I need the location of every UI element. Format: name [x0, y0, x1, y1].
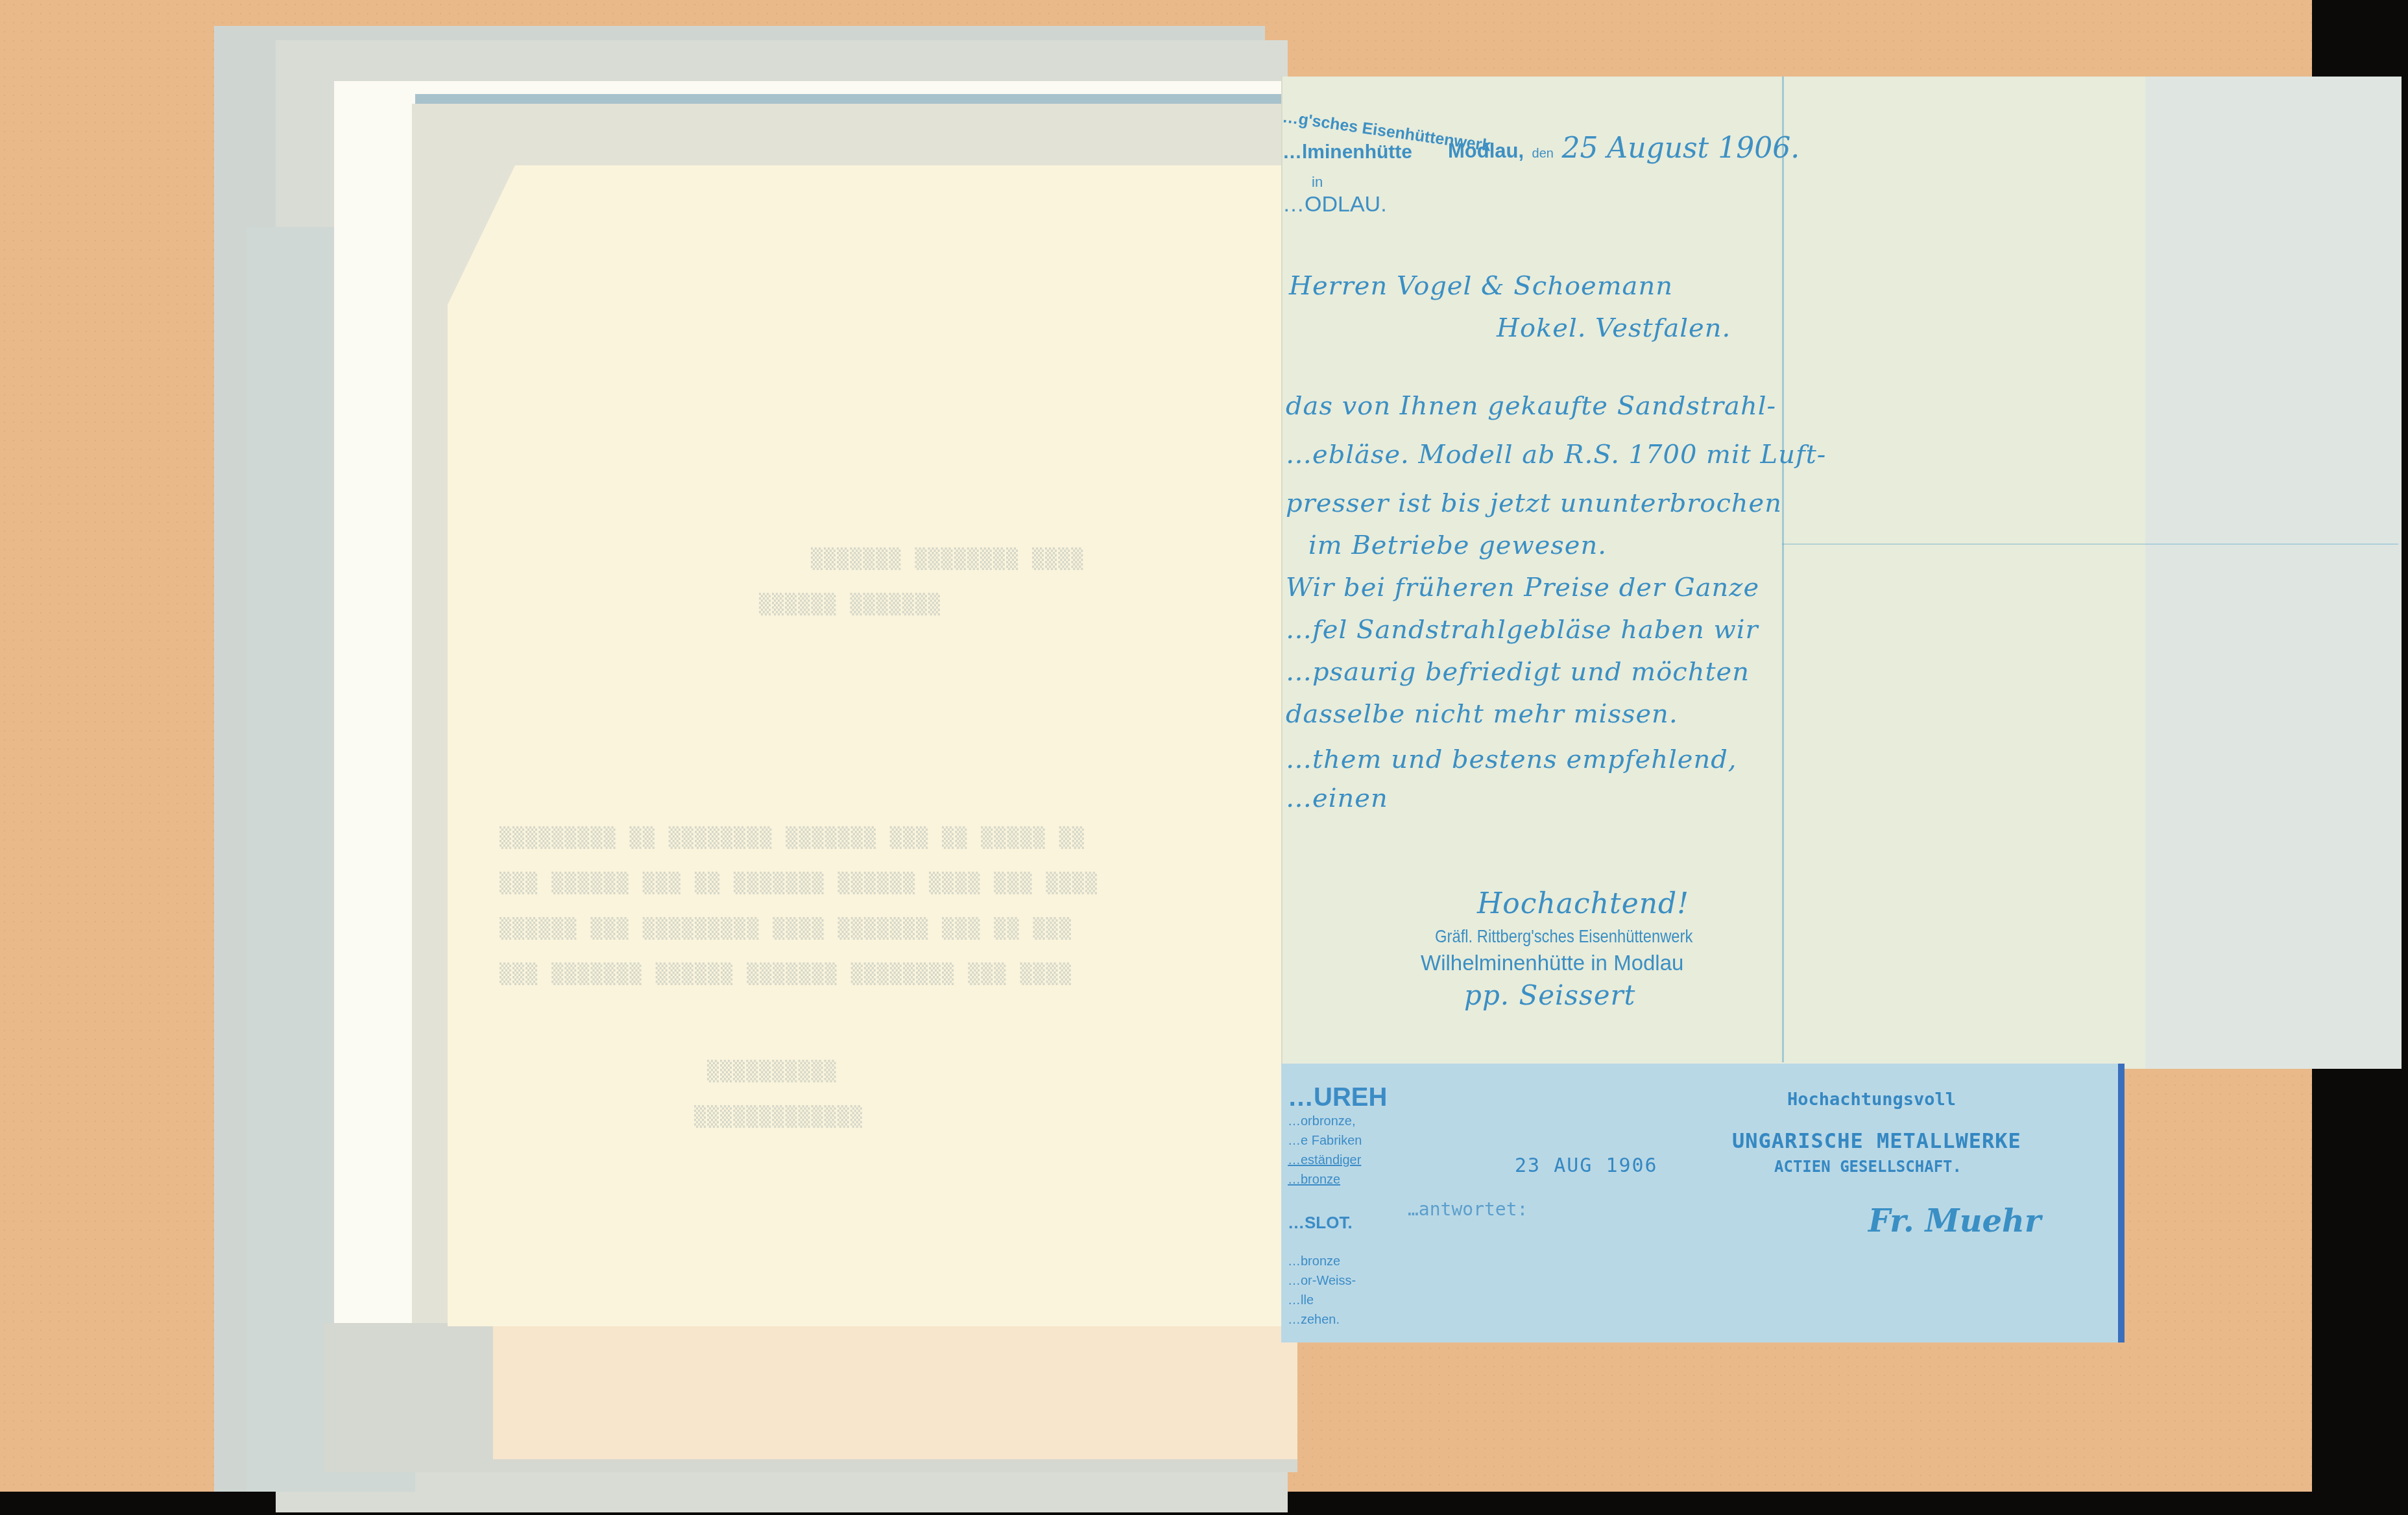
company-stamp-line1: Gräfl. Rittberg'sches Eisenhüttenwerk	[1435, 926, 1692, 947]
closing-greeting: Hochachtend!	[1477, 887, 1689, 920]
fold-line-horizontal	[1782, 543, 2398, 545]
letterhead-fragment: …e Fabriken	[1288, 1131, 1387, 1151]
date-place: Modlau,	[1448, 139, 1524, 162]
company-stamp-line2: Wilhelminenhütte in Modlau	[1421, 951, 1683, 975]
letterhead-fragment: …SLOT.	[1288, 1213, 1387, 1232]
letterhead-fragment: …UREH	[1288, 1083, 1387, 1112]
bleed-through-text: ▒▒▒▒▒▒ ▒▒▒▒▒▒▒	[759, 593, 941, 616]
closing-salutation: Hochachtungsvoll	[1787, 1090, 1956, 1110]
body-line: Wir bei früheren Preise der Ganze	[1286, 573, 1759, 602]
body-line: …einen	[1286, 783, 1388, 813]
letterhead-fragment: …or-Weiss-	[1288, 1271, 1387, 1291]
handwritten-date: 25 August 1906.	[1561, 132, 1800, 165]
body-line: im Betriebe gewesen.	[1308, 531, 1607, 560]
paper-sheet-peach	[493, 1310, 1297, 1459]
addressee-line: Herren Vogel & Schoemann	[1289, 271, 1673, 301]
letter-ungarische-metallwerke-carbon: …UREH …orbronze, …e Fabriken …eständiger…	[1281, 1064, 2125, 1342]
answered-label: …antwortet:	[1408, 1199, 1528, 1220]
letterhead-fragment: …lle	[1288, 1291, 1387, 1310]
bleed-through-text: ▒▒▒▒▒▒▒▒▒▒	[707, 1060, 837, 1083]
bleed-through-text: ▒▒▒ ▒▒▒▒▒▒ ▒▒▒ ▒▒ ▒▒▒▒▒▒▒ ▒▒▒▒▒▒ ▒▒▒▒ ▒▒…	[500, 872, 1098, 895]
body-line: das von Ihnen gekaufte Sandstrahl-	[1286, 391, 1776, 421]
letterhead-fragment: …orbronze,	[1288, 1112, 1387, 1131]
received-date-stamp: 23 AUG 1906	[1515, 1154, 1658, 1177]
body-line: …fel Sandstrahlgebläse haben wir	[1286, 615, 1759, 645]
company-name: UNGARISCHE METALLWERKE	[1732, 1128, 2021, 1153]
letterhead-in: in	[1312, 174, 1323, 191]
letterhead-fragment-column: …UREH …orbronze, …e Fabriken …eständiger…	[1288, 1083, 1387, 1330]
letter-wilhelminenhuette: …g'sches Eisenhüttenwerk …lminenhütte in…	[1281, 77, 2400, 1069]
signature: pp. Seissert	[1464, 979, 1635, 1011]
bleed-through-text: ▒▒▒▒▒▒▒▒▒ ▒▒ ▒▒▒▒▒▒▒▒ ▒▒▒▒▒▒▒ ▒▒▒ ▒▒ ▒▒▒…	[500, 827, 1085, 850]
body-line: dasselbe nicht mehr missen.	[1286, 699, 1678, 729]
bleed-through-text: ▒▒▒▒▒▒ ▒▒▒ ▒▒▒▒▒▒▒▒▒ ▒▒▒▒ ▒▒▒▒▒▒▒ ▒▒▒ ▒▒…	[500, 918, 1072, 940]
body-line: …psaurig befriedigt und möchten	[1286, 657, 1750, 687]
bleed-through-text: ▒▒▒ ▒▒▒▒▒▒▒ ▒▒▒▒▒▒ ▒▒▒▒▒▒▒ ▒▒▒▒▒▒▒▒ ▒▒▒ …	[500, 963, 1072, 986]
body-line: …them und bestens empfehlend,	[1286, 745, 1737, 774]
fold-line-vertical	[1782, 77, 1784, 1062]
company-form: ACTIEN GESELLSCHAFT.	[1774, 1158, 1962, 1176]
paper-sheet-cream-translucent: ▒▒▒▒▒▒▒ ▒▒▒▒▒▒▒▒ ▒▒▒▒ ▒▒▒▒▒▒ ▒▒▒▒▒▒▒ ▒▒▒…	[448, 165, 1291, 1326]
addressee-line: Hokel. Vestfalen.	[1497, 313, 1731, 343]
signature: Fr. Muehr	[1868, 1203, 2041, 1239]
date-den: den	[1532, 147, 1554, 161]
letterhead-fragment: …bronze	[1288, 1170, 1387, 1189]
letterhead-place: …ODLAU.	[1282, 192, 1387, 217]
letter-date-line: Modlau, den 25 August 1906.	[1448, 132, 1800, 165]
paper-fold-flap	[2145, 77, 2402, 1069]
body-line: presser ist bis jetzt ununterbrochen	[1286, 488, 1782, 518]
letterhead-works: …lminenhütte	[1282, 141, 1412, 163]
letterhead-fragment: …zehen.	[1288, 1310, 1387, 1330]
bleed-through-text: ▒▒▒▒▒▒▒▒▒▒▒▒▒	[694, 1106, 863, 1128]
body-line: …ebläse. Modell ab R.S. 1700 mit Luft-	[1286, 440, 1826, 470]
letterhead-fragment: …bronze	[1288, 1252, 1387, 1271]
bleed-through-text: ▒▒▒▒▒▒▒ ▒▒▒▒▒▒▒▒ ▒▒▒▒	[811, 548, 1084, 571]
letterhead-fragment: …eständiger	[1288, 1151, 1387, 1170]
